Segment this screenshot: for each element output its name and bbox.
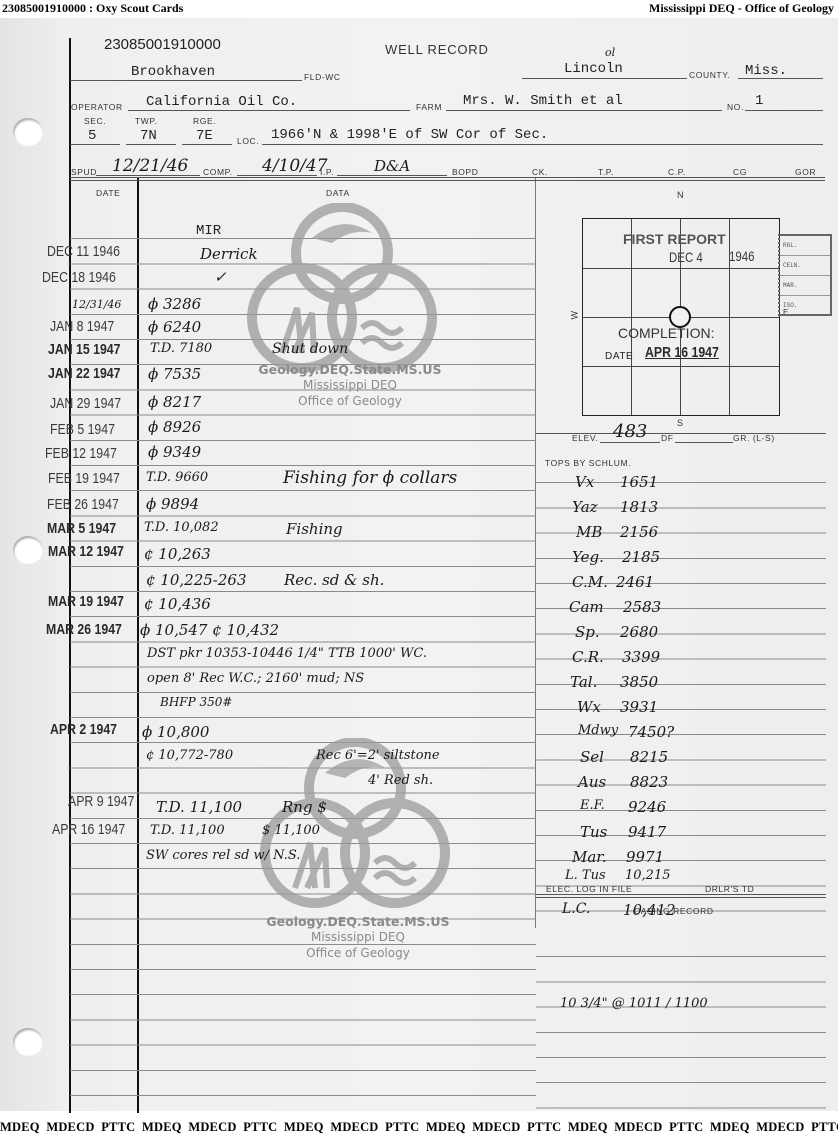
- bopd-label: BOPD: [452, 167, 479, 177]
- map-north-label: N: [677, 190, 684, 200]
- log-data: T.D. 11,100: [156, 798, 242, 816]
- sec-underline: [70, 144, 120, 145]
- log-data: T.D. 9660: [146, 470, 208, 485]
- cp-label: C.P.: [668, 167, 686, 177]
- cg-label: CG: [733, 167, 747, 177]
- top-item: Cam: [569, 598, 604, 616]
- top-depth: 9417: [628, 823, 666, 841]
- completion-date: APR 16 1947: [645, 344, 719, 361]
- log-date: FEB 5 1947: [50, 421, 115, 438]
- top-item: Vx: [575, 473, 594, 491]
- top-item: Aus: [578, 773, 606, 791]
- tops-label: TOPS BY SCHLUM.: [545, 458, 631, 468]
- log-date: JAN 29 1947: [50, 395, 121, 412]
- field-value: Brookhaven: [131, 64, 215, 80]
- comp-label: COMP.: [203, 167, 233, 177]
- top-item: Wx: [577, 698, 601, 716]
- punch-hole-icon: [13, 536, 43, 564]
- top-item: Mdwy: [578, 723, 618, 738]
- top-depth: 9971: [626, 848, 664, 866]
- ip-label: I.P.: [320, 167, 334, 177]
- log-date: MAR 12 1947: [48, 543, 124, 560]
- data-column-header: DATA: [326, 188, 350, 198]
- register-celn: CELN.: [780, 256, 830, 276]
- header-divider-2: [70, 180, 825, 181]
- rge-value: 7E: [196, 128, 213, 144]
- elevation-underline: [600, 442, 660, 443]
- log-note: 4' Red sh.: [368, 773, 433, 788]
- gor-label: GOR: [795, 167, 816, 177]
- api-number: 23085001910000: [104, 36, 221, 53]
- document-title: 23085001910000 : Oxy Scout Cards: [2, 1, 183, 16]
- sec-label: SEC.: [84, 116, 106, 126]
- farm-value: Mrs. W. Smith et al: [463, 93, 623, 109]
- well-number-label: NO.: [727, 102, 744, 112]
- top-depth: 1813: [620, 498, 658, 516]
- first-report-year: 1946: [729, 248, 755, 264]
- log-note: Rec 6'=2' siltstone: [316, 748, 440, 763]
- loc-label: LOC.: [237, 136, 259, 146]
- twp-label: TWP.: [135, 116, 158, 126]
- twp-underline: [126, 144, 176, 145]
- register-iso: ISO.: [780, 296, 830, 315]
- top-depth: 8215: [630, 748, 668, 766]
- log-date: APR 2 1947: [50, 721, 117, 738]
- elec-log-divider: [536, 894, 826, 895]
- top-item: Sel: [580, 748, 604, 766]
- watermark-office: Office of Geology: [250, 394, 450, 408]
- log-date: 12/31/46: [72, 298, 121, 311]
- twp-value: 7N: [140, 128, 157, 144]
- log-date: DEC 11 1946: [47, 243, 120, 260]
- log-data: ϕ 6240: [148, 318, 201, 336]
- comp-value: 4/10/47: [262, 156, 328, 176]
- well-number-value: 1: [755, 93, 763, 109]
- log-data: T.D. 10,082: [144, 520, 219, 535]
- county-value: Lincoln: [564, 61, 623, 77]
- log-data: ϕ 10,547 ¢ 10,432: [140, 621, 279, 639]
- elevation-value: 483: [613, 421, 647, 442]
- elec-log-label: ELEC. LOG IN FILE: [546, 884, 632, 894]
- top-depth: 3931: [620, 698, 658, 716]
- tp-label: T.P.: [598, 167, 614, 177]
- top-depth: 1651: [620, 473, 658, 491]
- watermark-agency: Mississippi DEQ: [258, 930, 458, 944]
- log-data: ¢ 10,436: [144, 595, 211, 613]
- log-date: FEB 19 1947: [48, 470, 120, 487]
- top-depth: 3850: [620, 673, 658, 691]
- operator-label: OPERATOR: [71, 102, 123, 112]
- log-note: Fishing: [286, 520, 343, 538]
- log-date: JAN 8 1947: [50, 318, 114, 335]
- rge-label: RGE.: [193, 116, 216, 126]
- top-depth: 2583: [623, 598, 661, 616]
- log-data: ϕ 3286: [148, 295, 201, 313]
- log-data: T.D. 7180: [150, 341, 212, 356]
- df-label: DF: [661, 433, 674, 443]
- log-data: ¢ 10,263: [144, 545, 211, 563]
- top-item: L.C.: [562, 901, 590, 917]
- spud-label: SPUD: [71, 167, 97, 177]
- top-depth: 3399: [622, 648, 660, 666]
- top-item: MB: [576, 523, 602, 541]
- map-south-label: S: [677, 418, 684, 428]
- top-depth: 2461: [616, 573, 654, 591]
- first-report-label: FIRST REPORT: [623, 231, 726, 247]
- log-data: ¢ 10,772-780: [146, 748, 233, 763]
- punch-hole-icon: [13, 1028, 43, 1056]
- log-note: $ 11,100: [262, 823, 320, 838]
- df-underline: [675, 442, 733, 443]
- completion-date-label: DATE: [605, 351, 633, 362]
- top-depth: 7450?: [628, 723, 674, 741]
- ip-underline: [337, 175, 447, 176]
- log-note: Shut down: [272, 341, 348, 357]
- register-stamp: RGL. CELN. MAR. ISO.: [778, 234, 832, 316]
- log-date: MAR 5 1947: [47, 520, 116, 537]
- drillers-td-label: DRLR'S TD: [705, 884, 754, 894]
- log-date: JAN 15 1947: [48, 341, 120, 358]
- footer-text: MDEQ MDECD PTTC MDEQ MDECD PTTC MDEQ MDE…: [0, 1120, 838, 1134]
- log-date: MAR 19 1947: [48, 593, 124, 610]
- spud-underline: [96, 175, 200, 176]
- log-date: DEC 18 1946: [42, 269, 116, 286]
- location-plat-map: FIRST REPORT DEC 4 1946 COMPLETION: DATE…: [582, 218, 780, 416]
- header-divider: [70, 177, 825, 178]
- log-data: ϕ 10,800: [142, 723, 209, 741]
- watermark-url: Geology.DEQ.State.MS.US: [258, 914, 458, 929]
- log-data: BHFP 350#: [160, 695, 232, 709]
- field-label: FLD-WC: [304, 72, 341, 82]
- top-item: L. Tus: [565, 868, 606, 883]
- log-data: MIR: [196, 223, 221, 239]
- log-note: Rec. sd & sh.: [284, 571, 384, 589]
- well-number-underline: [745, 110, 823, 111]
- top-item: Tus: [580, 823, 607, 841]
- top-item: Yaz: [572, 498, 598, 516]
- county-correction: ol: [605, 46, 615, 59]
- top-item: E.F.: [580, 798, 605, 813]
- log-data: open 8' Rec W.C.; 2160' mud; NS: [147, 671, 364, 686]
- log-data: ϕ 9894: [146, 495, 199, 513]
- form-title: WELL RECORD: [385, 42, 489, 57]
- field-underline: [70, 80, 302, 81]
- log-date: APR 9 1947: [68, 793, 134, 810]
- scout-card: 23085001910000 WELL RECORD Brookhaven FL…: [0, 18, 838, 1111]
- ck-label: CK.: [532, 167, 548, 177]
- top-item: Mar.: [572, 848, 607, 866]
- agency-title: Mississippi DEQ - Office of Geology: [649, 1, 834, 16]
- log-date: APR 16 1947: [52, 821, 125, 838]
- comp-underline: [237, 175, 317, 176]
- viewer-header: 23085001910000 : Oxy Scout Cards Mississ…: [0, 0, 838, 18]
- top-depth: 8823: [630, 773, 668, 791]
- log-data: ϕ 8926: [148, 418, 201, 436]
- log-data: ϕ 9349: [148, 443, 201, 461]
- log-data: T.D. 11,100: [150, 823, 225, 838]
- elevation-label: ELEV.: [572, 433, 598, 443]
- map-west-label: W: [570, 310, 580, 319]
- loc-value: 1966'N & 1998'E of SW Cor of Sec.: [271, 127, 548, 143]
- operator-underline: [128, 110, 410, 111]
- log-date: MAR 26 1947: [46, 621, 122, 638]
- county-underline: [522, 78, 687, 79]
- top-item: Yeg.: [572, 548, 604, 566]
- farm-underline: [446, 110, 722, 111]
- watermark-agency: Mississippi DEQ: [250, 378, 450, 392]
- watermark-url: Geology.DEQ.State.MS.US: [250, 362, 450, 377]
- rge-underline: [182, 144, 232, 145]
- top-item: C.R.: [572, 648, 604, 666]
- top-depth: 2185: [622, 548, 660, 566]
- completion-label: COMPLETION:: [618, 325, 714, 341]
- register-rgl: RGL.: [780, 236, 830, 256]
- state-underline: [738, 78, 823, 79]
- log-note: Fishing for ϕ collars: [283, 468, 457, 488]
- state-value: Miss.: [745, 63, 787, 79]
- elec-log-divider-2: [536, 897, 826, 898]
- log-data: ¢ 10,225-263: [146, 571, 247, 589]
- log-data: SW cores rel sd w/ N.S.: [146, 848, 300, 863]
- log-data: ✓: [214, 268, 227, 286]
- operator-value: California Oil Co.: [146, 94, 297, 110]
- log-date: FEB 12 1947: [45, 445, 117, 462]
- casing-record-label: CASING RECORD: [634, 906, 714, 916]
- register-mar: MAR.: [780, 276, 830, 296]
- log-date: JAN 22 1947: [48, 365, 120, 382]
- top-depth: 2680: [620, 623, 658, 641]
- top-item: Sp.: [575, 623, 600, 641]
- top-depth: 10,215: [625, 868, 671, 883]
- loc-underline: [262, 144, 823, 145]
- date-column-header: DATE: [96, 188, 120, 198]
- log-data: Derrick: [200, 245, 258, 263]
- punch-hole-icon: [13, 118, 43, 146]
- log-data: ϕ 8217: [148, 393, 201, 411]
- top-item: Tal.: [570, 673, 597, 691]
- top-item: C.M.: [572, 573, 608, 591]
- casing-ruling: [536, 932, 826, 1117]
- ip-value: D&A: [374, 157, 410, 175]
- top-depth: 2156: [620, 523, 658, 541]
- first-report-date: DEC 4: [669, 249, 703, 265]
- footer-banner: MDEQ MDECD PTTC MDEQ MDECD PTTC MDEQ MDE…: [0, 1120, 838, 1142]
- county-label: COUNTY.: [689, 70, 730, 80]
- spud-value: 12/21/46: [112, 156, 188, 176]
- log-data: ϕ 7535: [148, 365, 201, 383]
- log-data: DST pkr 10353-10446 1/4" TTB 1000' WC.: [147, 646, 427, 661]
- watermark-office: Office of Geology: [258, 946, 458, 960]
- casing-entry: 10 3/4" @ 1011 / 1100: [560, 996, 708, 1011]
- log-date: FEB 26 1947: [47, 496, 119, 513]
- log-note: Rng $: [282, 798, 327, 816]
- gr-label: GR. (L-S): [733, 433, 775, 443]
- top-depth: 9246: [628, 798, 666, 816]
- farm-label: FARM: [416, 102, 442, 112]
- sec-value: 5: [88, 128, 96, 144]
